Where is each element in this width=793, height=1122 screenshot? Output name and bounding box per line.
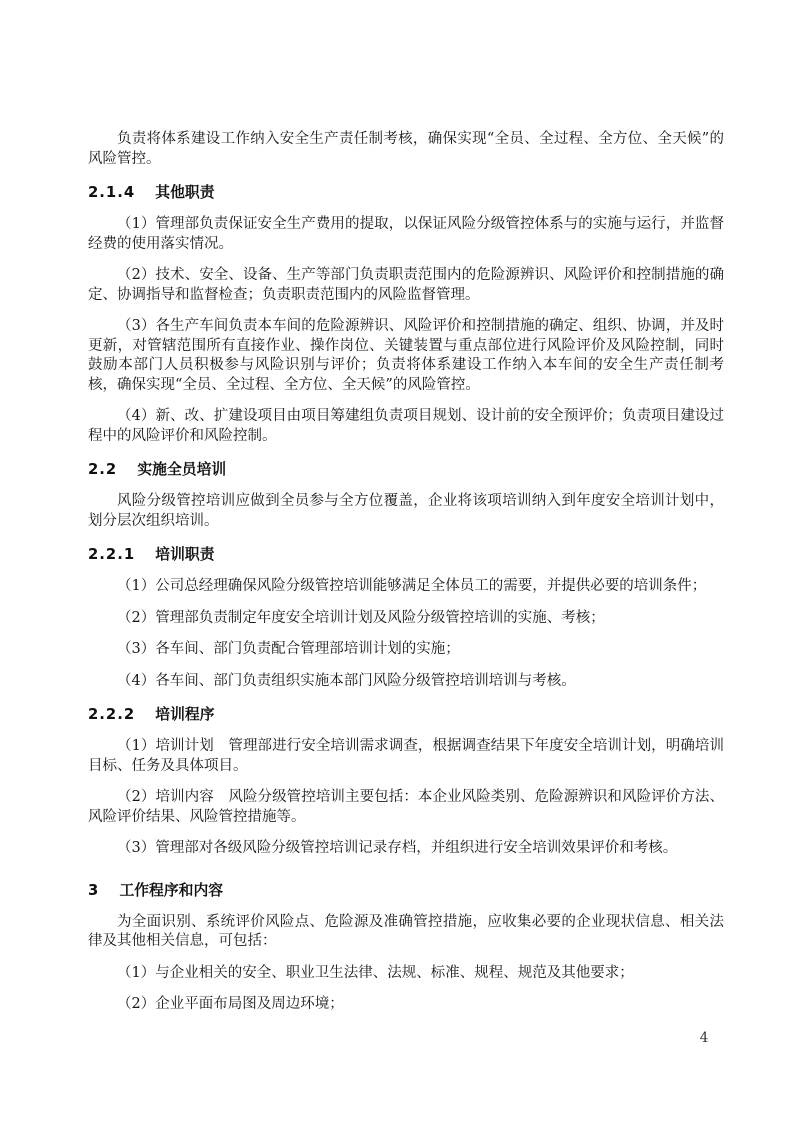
paragraph-item-1: （1）管理部负责保证安全生产费用的提取，以保证风险分级管控体系与的实施与运行，并… bbox=[88, 215, 724, 254]
paragraph-item-3: （3）各车间、部门负责配合管理部培训计划的实施； bbox=[88, 640, 724, 660]
section-title: 工作程序和内容 bbox=[119, 882, 223, 899]
section-heading-2-1-4: 2.1.4 其他职责 bbox=[88, 183, 724, 203]
paragraph-item-1: （1）与企业相关的安全、职业卫生法律、法规、标准、规程、规范及其他要求； bbox=[88, 964, 724, 984]
section-number: 2.1.4 bbox=[88, 184, 135, 201]
section-title: 实施全员培训 bbox=[137, 461, 226, 478]
section-number: 2.2.1 bbox=[88, 546, 135, 563]
document-content: 负责将体系建设工作纳入安全生产责任制考核，确保实现“全员、全过程、全方位、全天候… bbox=[88, 130, 724, 1015]
section-title: 其他职责 bbox=[155, 184, 214, 201]
section-number: 2.2.2 bbox=[88, 706, 135, 723]
section-number: 2.2 bbox=[88, 461, 117, 478]
section-heading-2-2-2: 2.2.2 培训程序 bbox=[88, 705, 724, 725]
paragraph-item-2: （2）企业平面布局图及周边环境； bbox=[88, 995, 724, 1015]
section-title: 培训职责 bbox=[155, 546, 214, 563]
paragraph-item-1: （1）培训计划 管理部进行安全培训需求调查，根据调查结果下年度安全培训计划，明确… bbox=[88, 737, 724, 776]
paragraph: 风险分级管控培训应做到全员参与全方位覆盖，企业将该项培训纳入到年度安全培训计划中… bbox=[88, 492, 724, 531]
section-title: 培训程序 bbox=[155, 706, 214, 723]
paragraph: 为全面识别、系统评价风险点、危险源及准确管控措施，应收集必要的企业现状信息、相关… bbox=[88, 913, 724, 952]
paragraph-item-2: （2）技术、安全、设备、生产等部门负责职责范围内的危险源辨识、风险评价和控制措施… bbox=[88, 266, 724, 305]
paragraph-item-2: （2）管理部负责制定年度安全培训计划及风险分级管控培训的实施、考核； bbox=[88, 609, 724, 629]
paragraph-item-4: （4）新、改、扩建设项目由项目筹建组负责项目规划、设计前的安全预评价；负责项目建… bbox=[88, 407, 724, 446]
section-heading-3: 3 工作程序和内容 bbox=[88, 881, 724, 901]
paragraph-item-3: （3）管理部对各级风险分级管控培训记录存档，并组织进行安全培训效果评价和考核。 bbox=[88, 839, 724, 859]
paragraph-item-1: （1）公司总经理确保风险分级管控培训能够满足全体员工的需要，并提供必要的培训条件… bbox=[88, 577, 724, 597]
section-heading-2-2-1: 2.2.1 培训职责 bbox=[88, 545, 724, 565]
page-number: 4 bbox=[694, 1029, 714, 1047]
paragraph-item-4: （4）各车间、部门负责组织实施本部门风险分级管控培训培训与考核。 bbox=[88, 672, 724, 692]
paragraph-item-3: （3）各生产车间负责本车间的危险源辨识、风险评价和控制措施的确定、组织、协调，并… bbox=[88, 317, 724, 395]
document-page: 负责将体系建设工作纳入安全生产责任制考核，确保实现“全员、全过程、全方位、全天候… bbox=[0, 0, 793, 1122]
intro-paragraph: 负责将体系建设工作纳入安全生产责任制考核，确保实现“全员、全过程、全方位、全天候… bbox=[88, 130, 724, 169]
paragraph-item-2: （2）培训内容 风险分级管控培训主要包括：本企业风险类别、危险源辨识和风险评价方… bbox=[88, 788, 724, 827]
section-number: 3 bbox=[88, 882, 99, 899]
section-heading-2-2: 2.2 实施全员培训 bbox=[88, 460, 724, 480]
